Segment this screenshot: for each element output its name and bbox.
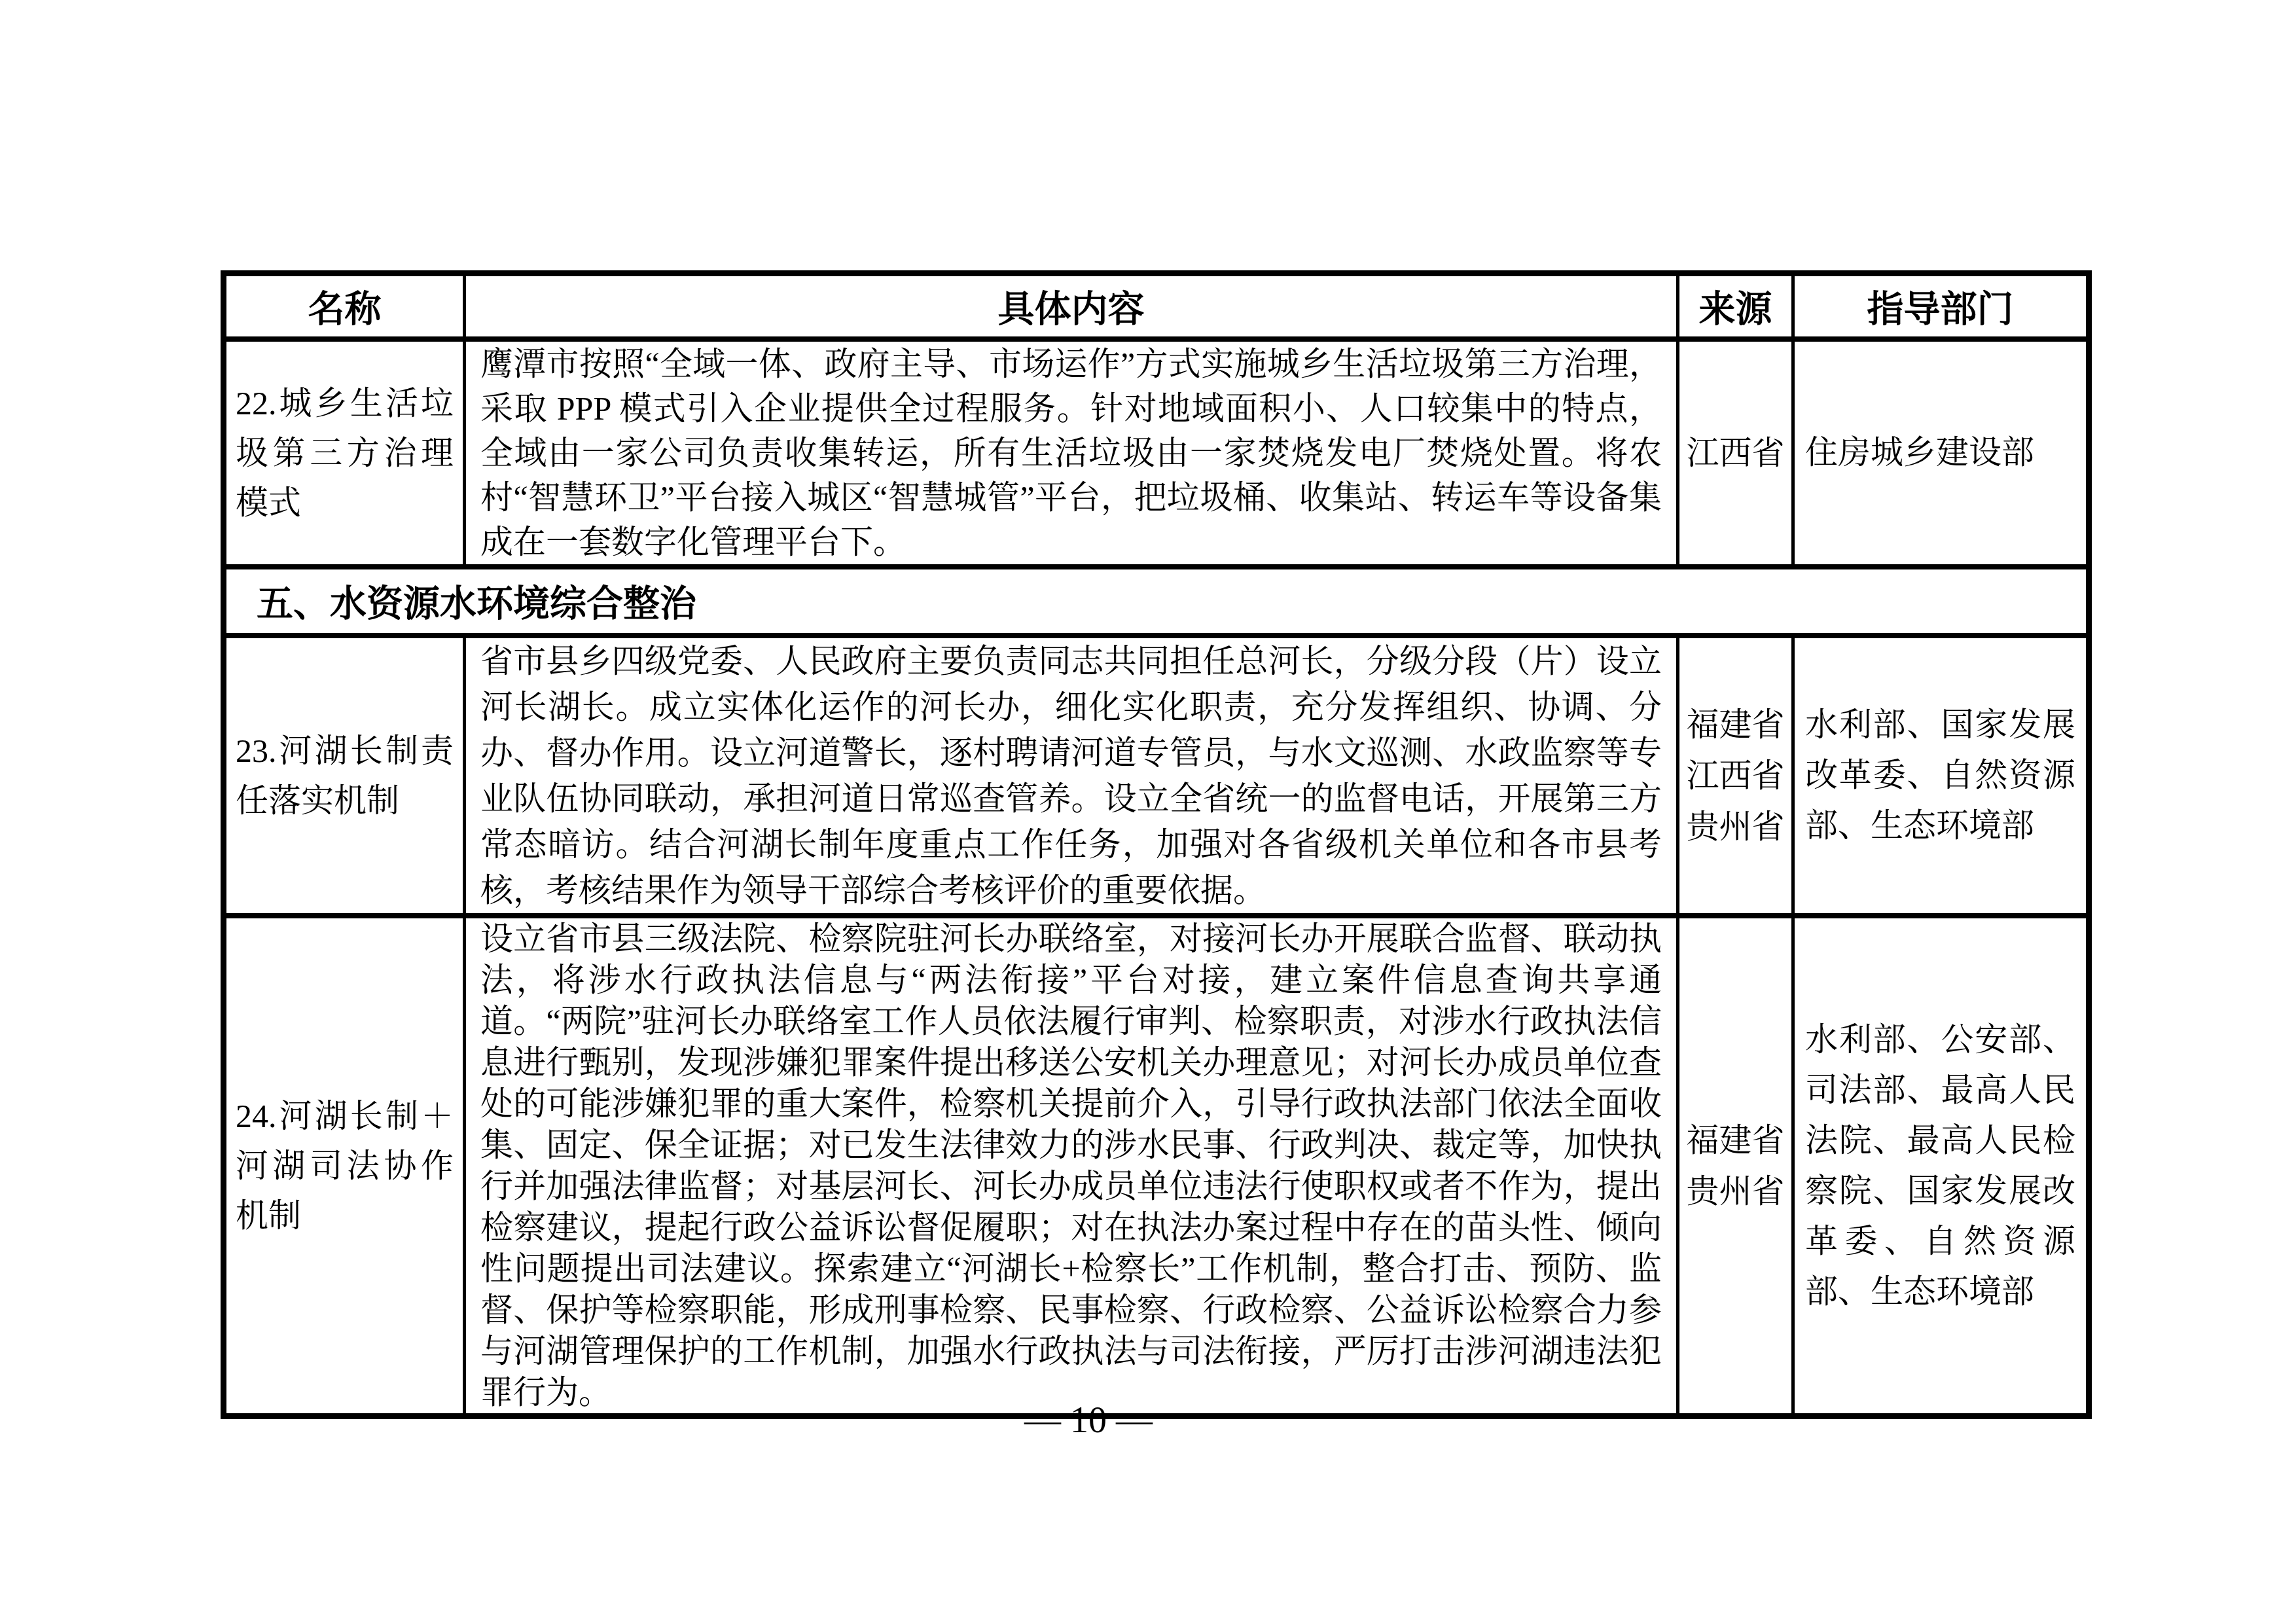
column-header-source: 来源 — [1678, 274, 1793, 339]
section-header-row: 五、水资源水环境综合整治 — [224, 567, 2089, 636]
row-22-department: 住房城乡建设部 — [1793, 339, 2089, 567]
document-page: 名称 具体内容 来源 指导部门 22.城乡生活垃圾第三方治理模式 鹰潭市按照“全… — [0, 0, 2296, 1624]
page-number: — 10 — — [1024, 1399, 1153, 1441]
row-23-source: 福建省 江西省 贵州省 — [1678, 636, 1793, 916]
table-header-row: 名称 具体内容 来源 指导部门 — [224, 274, 2089, 339]
row-24-source: 福建省 贵州省 — [1678, 916, 1793, 1416]
measures-table: 名称 具体内容 来源 指导部门 22.城乡生活垃圾第三方治理模式 鹰潭市按照“全… — [221, 270, 2092, 1419]
row-24-department: 水利部、公安部、司法部、最高人民法院、最高人民检察院、国家发展改革委、自然资源部… — [1793, 916, 2089, 1416]
row-22-content: 鹰潭市按照“全域一体、政府主导、市场运作”方式实施城乡生活垃圾第三方治理，采取 … — [465, 339, 1678, 567]
row-24-name: 24.河湖长制＋河湖司法协作机制 — [224, 916, 465, 1416]
row-23-name: 23.河湖长制责任落实机制 — [224, 636, 465, 916]
table-row-23: 23.河湖长制责任落实机制 省市县乡四级党委、人民政府主要负责同志共同担任总河长… — [224, 636, 2089, 916]
row-23-department: 水利部、国家发展改革委、自然资源部、生态环境部 — [1793, 636, 2089, 916]
table-row-22: 22.城乡生活垃圾第三方治理模式 鹰潭市按照“全域一体、政府主导、市场运作”方式… — [224, 339, 2089, 567]
section-title: 五、水资源水环境综合整治 — [224, 567, 2089, 636]
row-22-source: 江西省 — [1678, 339, 1793, 567]
column-header-content: 具体内容 — [465, 274, 1678, 339]
column-header-name: 名称 — [224, 274, 465, 339]
row-23-content: 省市县乡四级党委、人民政府主要负责同志共同担任总河长，分级分段（片）设立河长湖长… — [465, 636, 1678, 916]
row-24-content: 设立省市县三级法院、检察院驻河长办联络室，对接河长办开展联合监督、联动执法，将涉… — [465, 916, 1678, 1416]
table-row-24: 24.河湖长制＋河湖司法协作机制 设立省市县三级法院、检察院驻河长办联络室，对接… — [224, 916, 2089, 1416]
row-22-name: 22.城乡生活垃圾第三方治理模式 — [224, 339, 465, 567]
column-header-department: 指导部门 — [1793, 274, 2089, 339]
